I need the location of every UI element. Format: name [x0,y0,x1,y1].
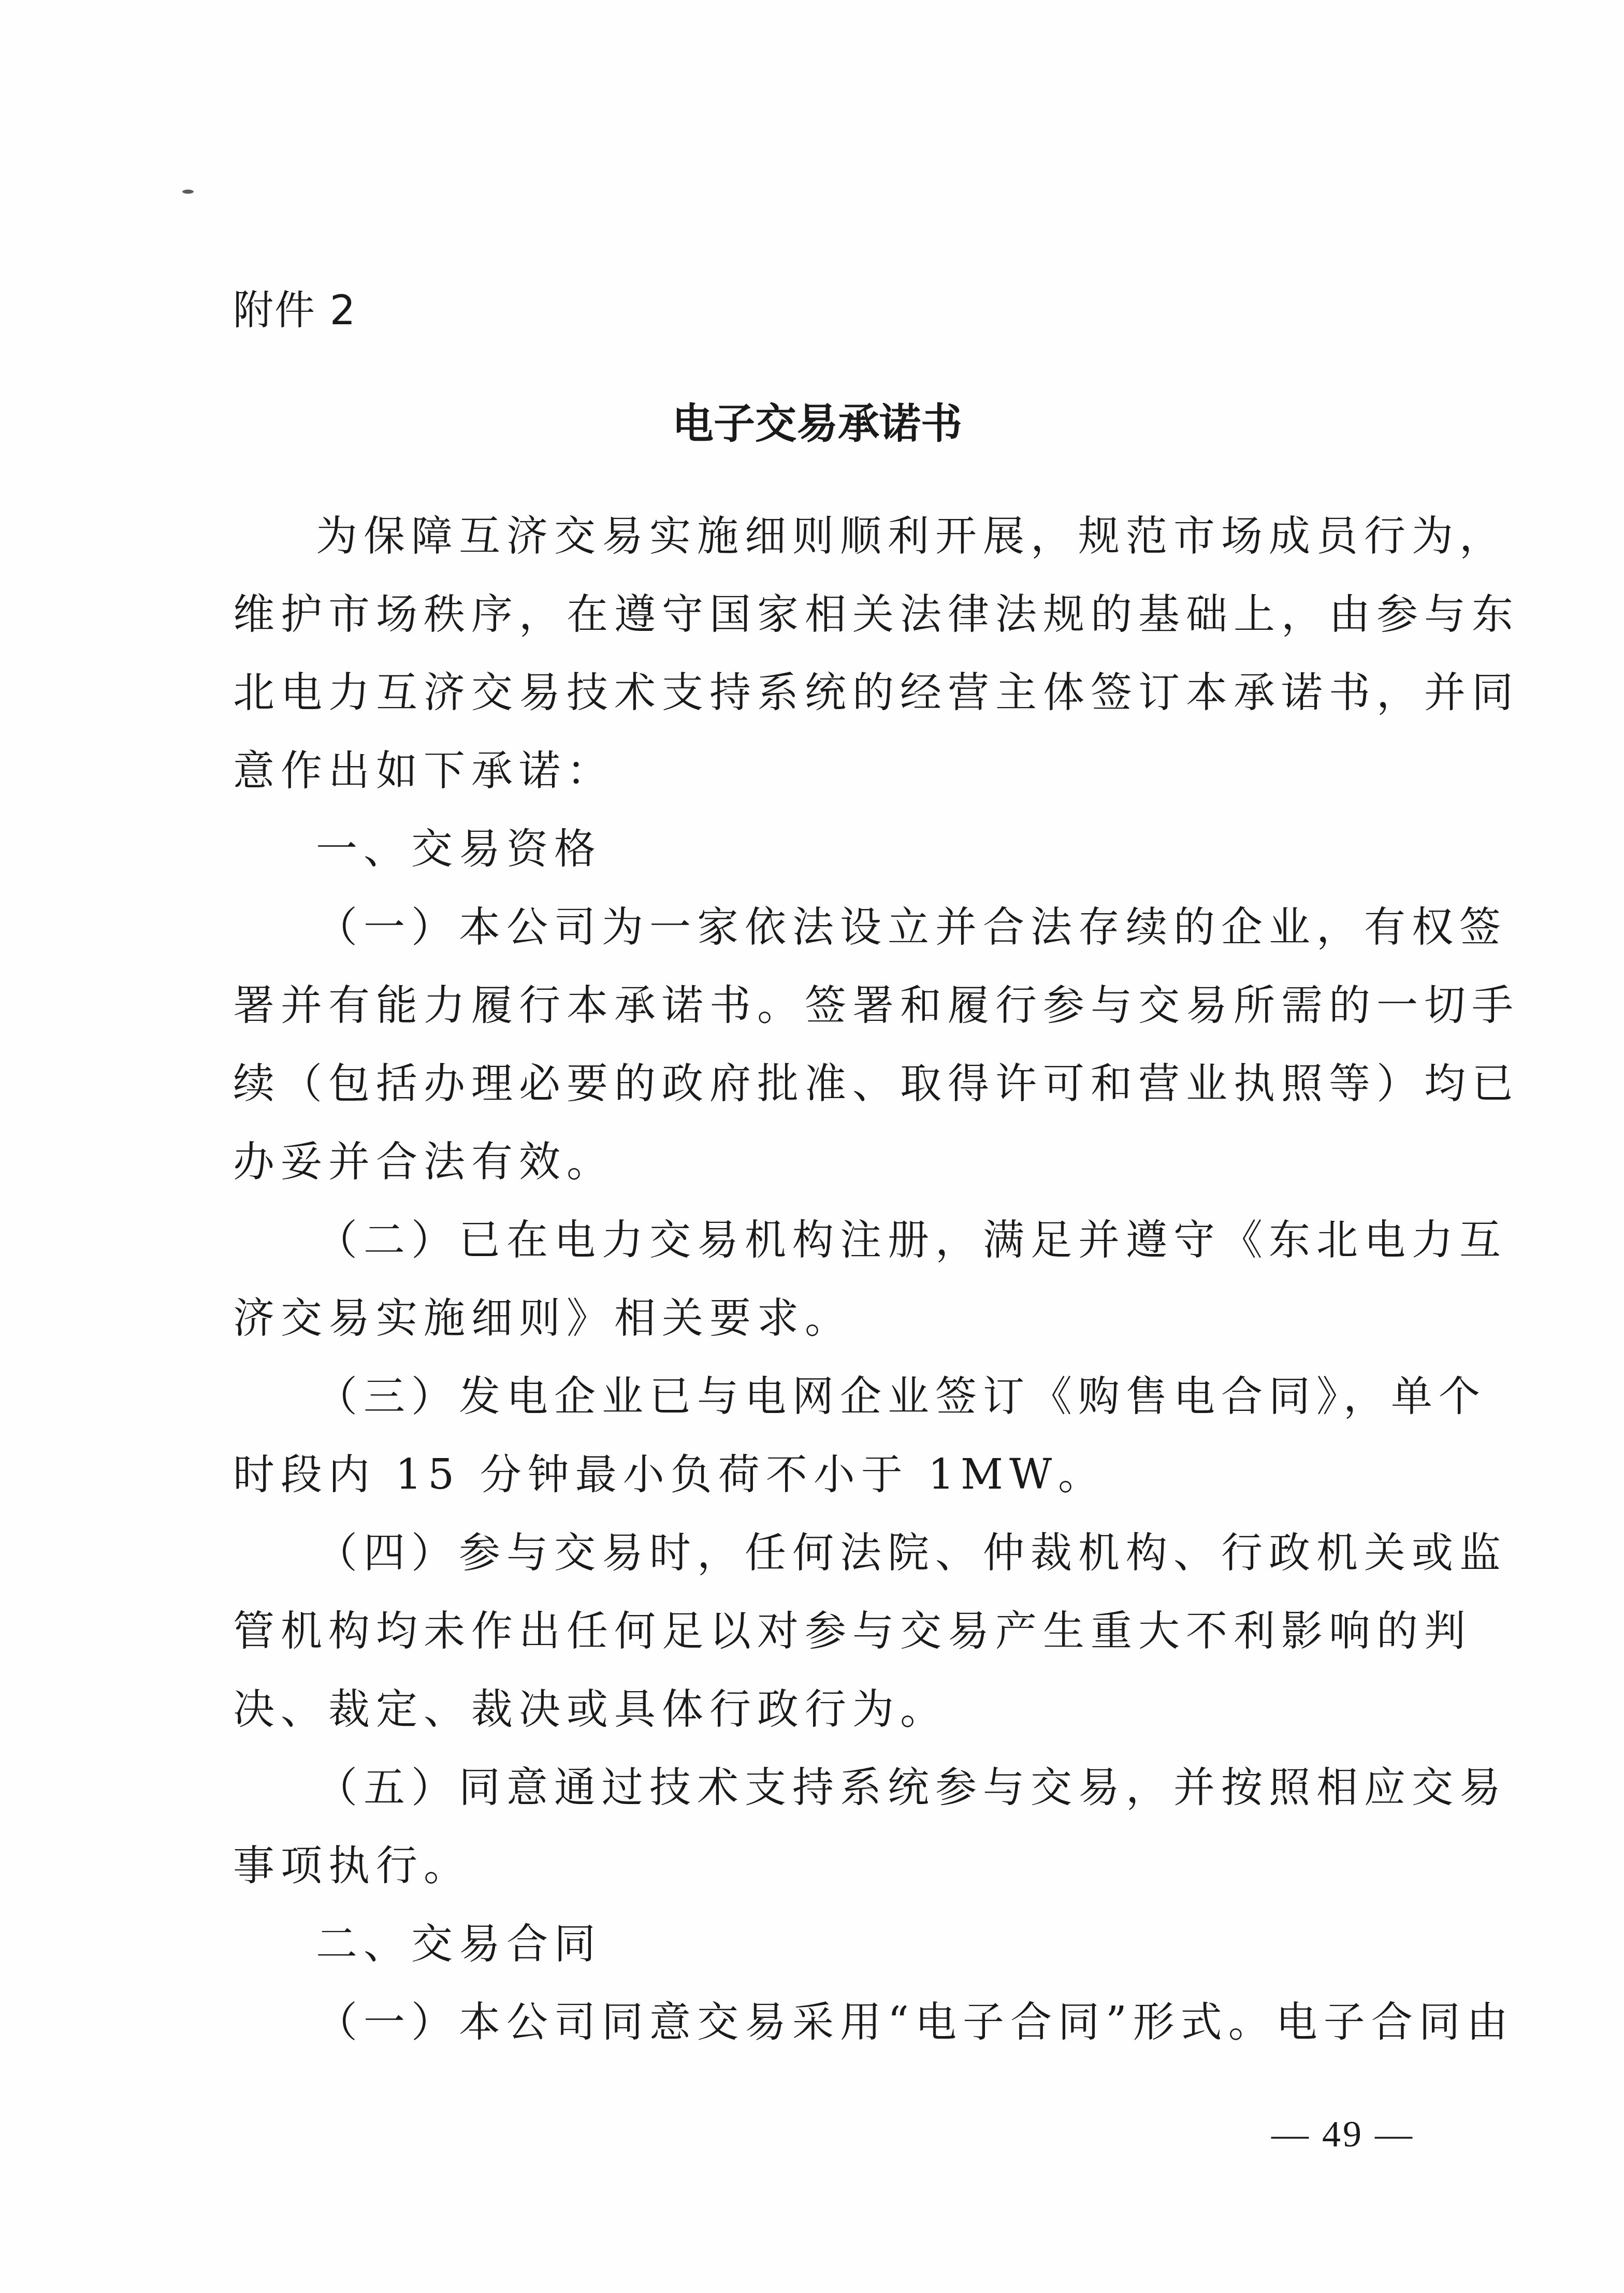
text-line: 管机构均未作出任何足以对参与交易产生重大不利影响的判 [233,1600,1424,1678]
text-line: 事项执行。 [233,1835,1424,1913]
text-line: （五）同意通过技术支持系统参与交易，并按照相应交易 [233,1756,1424,1835]
text-line: 二、交易合同 [233,1913,1424,1991]
scan-artifact [182,190,194,194]
text-line: （一）本公司为一家依法设立并合法存续的企业，有权签 [233,896,1424,974]
annex-label: 附件 2 [233,287,356,334]
text-line: 维护市场秩序，在遵守国家相关法律法规的基础上，由参与东 [233,583,1424,661]
text-line: 为保障互济交易实施细则顺利开展，规范市场成员行为， [233,505,1424,583]
text-line: 续（包括办理必要的政府批准、取得许可和营业执照等）均已 [233,1052,1424,1131]
text-line: 时段内 15 分钟最小负荷不小于 1MW。 [233,1444,1424,1522]
text-line: （三）发电企业已与电网企业签订《购售电合同》，单个 [233,1365,1424,1444]
page-number: — 49 — [1271,2111,1414,2157]
text-line: （一）本公司同意交易采用“电子合同”形式。电子合同由 [233,1991,1424,2069]
text-line: 意作出如下承诺： [233,740,1424,818]
text-line: （二）已在电力交易机构注册，满足并遵守《东北电力互 [233,1209,1424,1287]
text-line: 决、裁定、裁决或具体行政行为。 [233,1678,1424,1756]
text-line: 一、交易资格 [233,818,1424,896]
text-line: 办妥并合法有效。 [233,1131,1424,1209]
document-page: 附件 2 电子交易承诺书 为保障互济交易实施细则顺利开展，规范市场成员行为，维护… [0,0,1624,2293]
text-line: （四）参与交易时，任何法院、仲裁机构、行政机关或监 [233,1522,1424,1600]
text-line: 北电力互济交易技术支持系统的经营主体签订本承诺书，并同 [233,661,1424,740]
document-title: 电子交易承诺书 [0,399,1624,449]
text-line: 济交易实施细则》相关要求。 [233,1287,1424,1365]
text-line: 署并有能力履行本承诺书。签署和履行参与交易所需的一切手 [233,974,1424,1052]
document-body: 为保障互济交易实施细则顺利开展，规范市场成员行为，维护市场秩序，在遵守国家相关法… [233,505,1424,2069]
